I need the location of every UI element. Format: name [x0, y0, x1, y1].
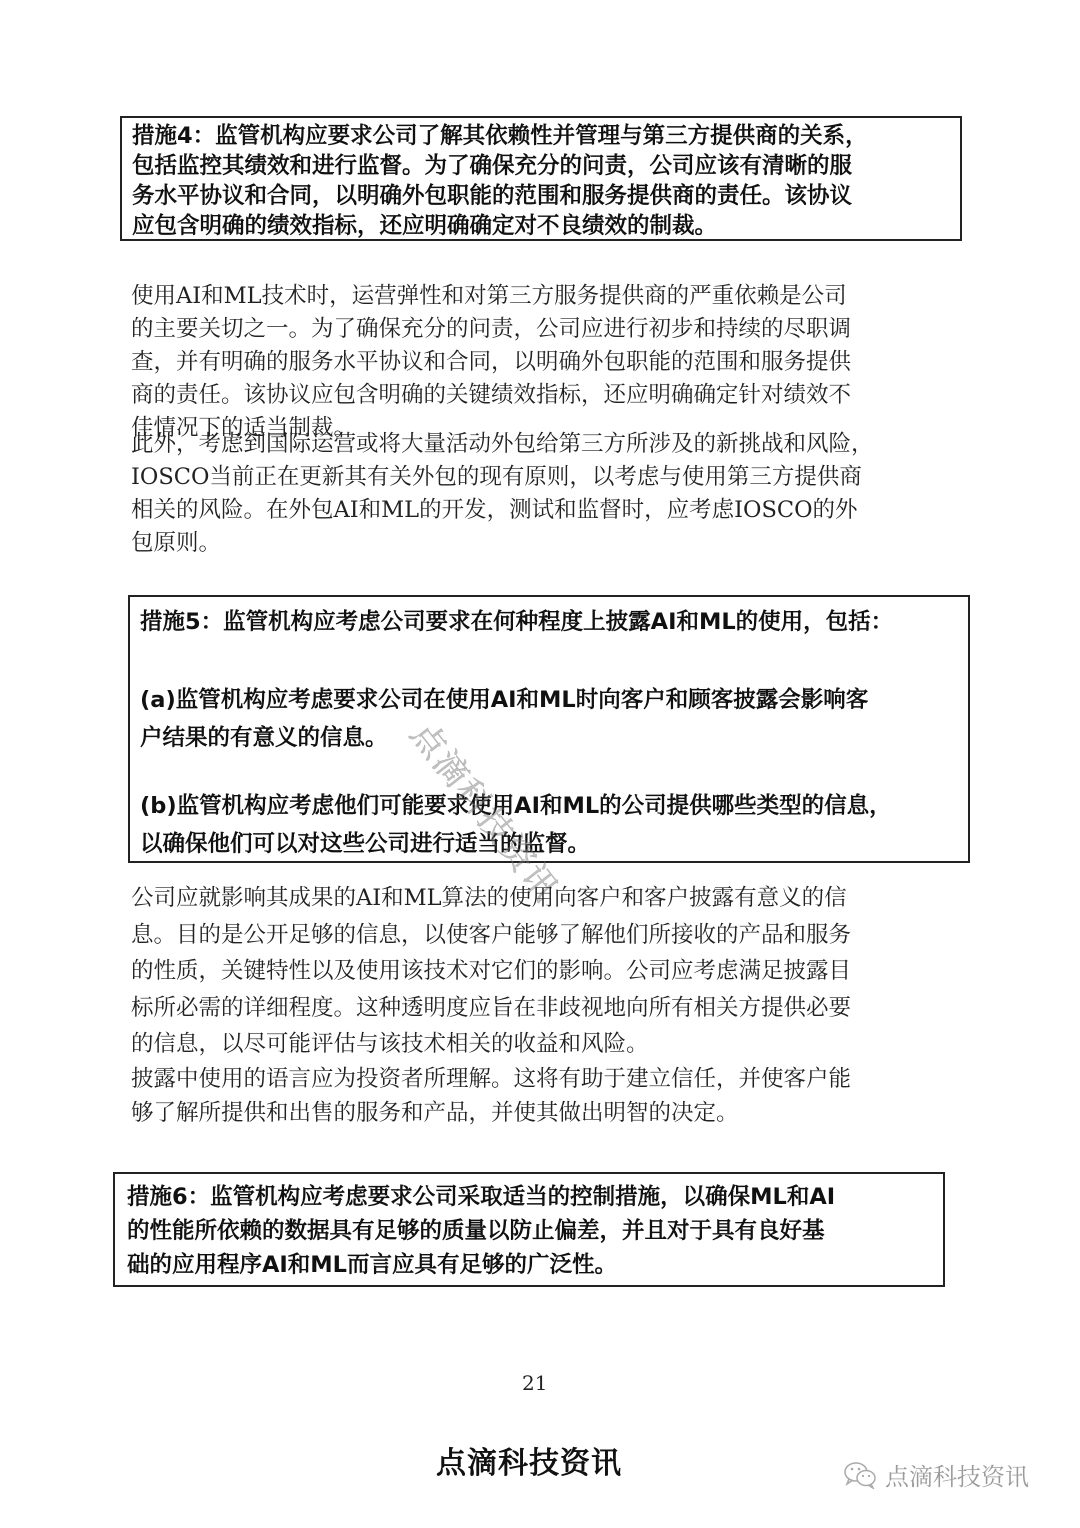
brand-name: 点滴科技资讯: [885, 1457, 1029, 1492]
paragraph-line: 息。目的是公开足够的信息，以使客户能够了解他们所接收的产品和服务: [131, 917, 961, 954]
paragraph-line: 的主要关切之一。为了确保充分的问责，公司应进行初步和持续的尽职调: [131, 313, 961, 346]
paragraph-line: 查，并有明确的服务水平协议和合同，以明确外包职能的范围和服务提供: [131, 346, 961, 379]
footer-title: 点滴科技资讯: [436, 1438, 622, 1482]
paragraph-line: 商的责任。该协议应包含明确的关键绩效指标，还应明确确定针对绩效不: [131, 379, 961, 412]
paragraph-line: 相关的风险。在外包AI和ML的开发，测试和监督时，应考虑IOSCO的外: [131, 494, 961, 527]
paragraph-line: 的性质，关键特性以及使用该技术对它们的影响。公司应考虑满足披露目: [131, 953, 961, 990]
footer-brand-watermark: 点滴科技资讯: [843, 1457, 1029, 1492]
paragraph-line: 披露中使用的语言应为投资者所理解。这将有助于建立信任，并使客户能: [131, 1062, 961, 1096]
paragraph-operational-resilience: 使用AI和ML技术时，运营弹性和对第三方服务提供商的严重依赖是公司 的主要关切之…: [131, 280, 961, 445]
paragraph-language: 披露中使用的语言应为投资者所理解。这将有助于建立信任，并使客户能 够了解所提供和…: [131, 1062, 961, 1130]
paragraph-line: 够了解所提供和出售的服务和产品，并使其做出明智的决定。: [131, 1096, 961, 1130]
paragraph-line: 的信息，以尽可能评估与该技术相关的收益和风险。: [131, 1026, 961, 1063]
measure-6-line: 措施6：监管机构应考虑要求公司采取适当的控制措施，以确保ML和AI: [127, 1180, 943, 1214]
paragraph-line: 包原则。: [131, 527, 961, 560]
measure-4-line: 措施4：监管机构应要求公司了解其依赖性并管理与第三方提供商的关系，: [132, 121, 960, 151]
measure-5-item-a: (a)监管机构应考虑要求公司在使用AI和ML时向客户和顾客披露会影响客: [140, 681, 968, 719]
wechat-icon: [843, 1461, 879, 1489]
measure-6-box: 措施6：监管机构应考虑要求公司采取适当的控制措施，以确保ML和AI 的性能所依赖…: [113, 1172, 945, 1287]
paragraph-line: 使用AI和ML技术时，运营弹性和对第三方服务提供商的严重依赖是公司: [131, 280, 961, 313]
measure-6-line: 础的应用程序AI和ML而言应具有足够的广泛性。: [127, 1248, 943, 1282]
page-number: 21: [522, 1371, 547, 1395]
paragraph-iosco-outsourcing: 此外，考虑到国际运营或将大量活动外包给第三方所涉及的新挑战和风险， IOSCO当…: [131, 428, 961, 560]
paragraph-disclosure: 公司应就影响其成果的AI和ML算法的使用向客户和客户披露有意义的信 息。目的是公…: [131, 880, 961, 1063]
paragraph-line: 标所必需的详细程度。这种透明度应旨在非歧视地向所有相关方提供必要: [131, 990, 961, 1027]
measure-5-item-a: 户结果的有意义的信息。: [140, 719, 968, 757]
measure-4-line: 应包含明确的绩效指标，还应明确确定对不良绩效的制裁。: [132, 211, 960, 241]
measure-5-heading: 措施5：监管机构应考虑公司要求在何种程度上披露AI和ML的使用，包括：: [140, 603, 968, 641]
measure-4-line: 包括监控其绩效和进行监督。为了确保充分的问责，公司应该有清晰的服: [132, 151, 960, 181]
measure-5-item-b: (b)监管机构应考虑他们可能要求使用AI和ML的公司提供哪些类型的信息，: [140, 787, 968, 825]
measure-4-box: 措施4：监管机构应要求公司了解其依赖性并管理与第三方提供商的关系， 包括监控其绩…: [120, 116, 962, 241]
paragraph-line: 此外，考虑到国际运营或将大量活动外包给第三方所涉及的新挑战和风险，: [131, 428, 961, 461]
measure-6-line: 的性能所依赖的数据具有足够的质量以防止偏差，并且对于具有良好基: [127, 1214, 943, 1248]
paragraph-line: 公司应就影响其成果的AI和ML算法的使用向客户和客户披露有意义的信: [131, 880, 961, 917]
paragraph-line: IOSCO当前正在更新其有关外包的现有原则，以考虑与使用第三方提供商: [131, 461, 961, 494]
measure-5-box: 措施5：监管机构应考虑公司要求在何种程度上披露AI和ML的使用，包括： (a)监…: [128, 595, 970, 863]
measure-4-line: 务水平协议和合同，以明确外包职能的范围和服务提供商的责任。该协议: [132, 181, 960, 211]
